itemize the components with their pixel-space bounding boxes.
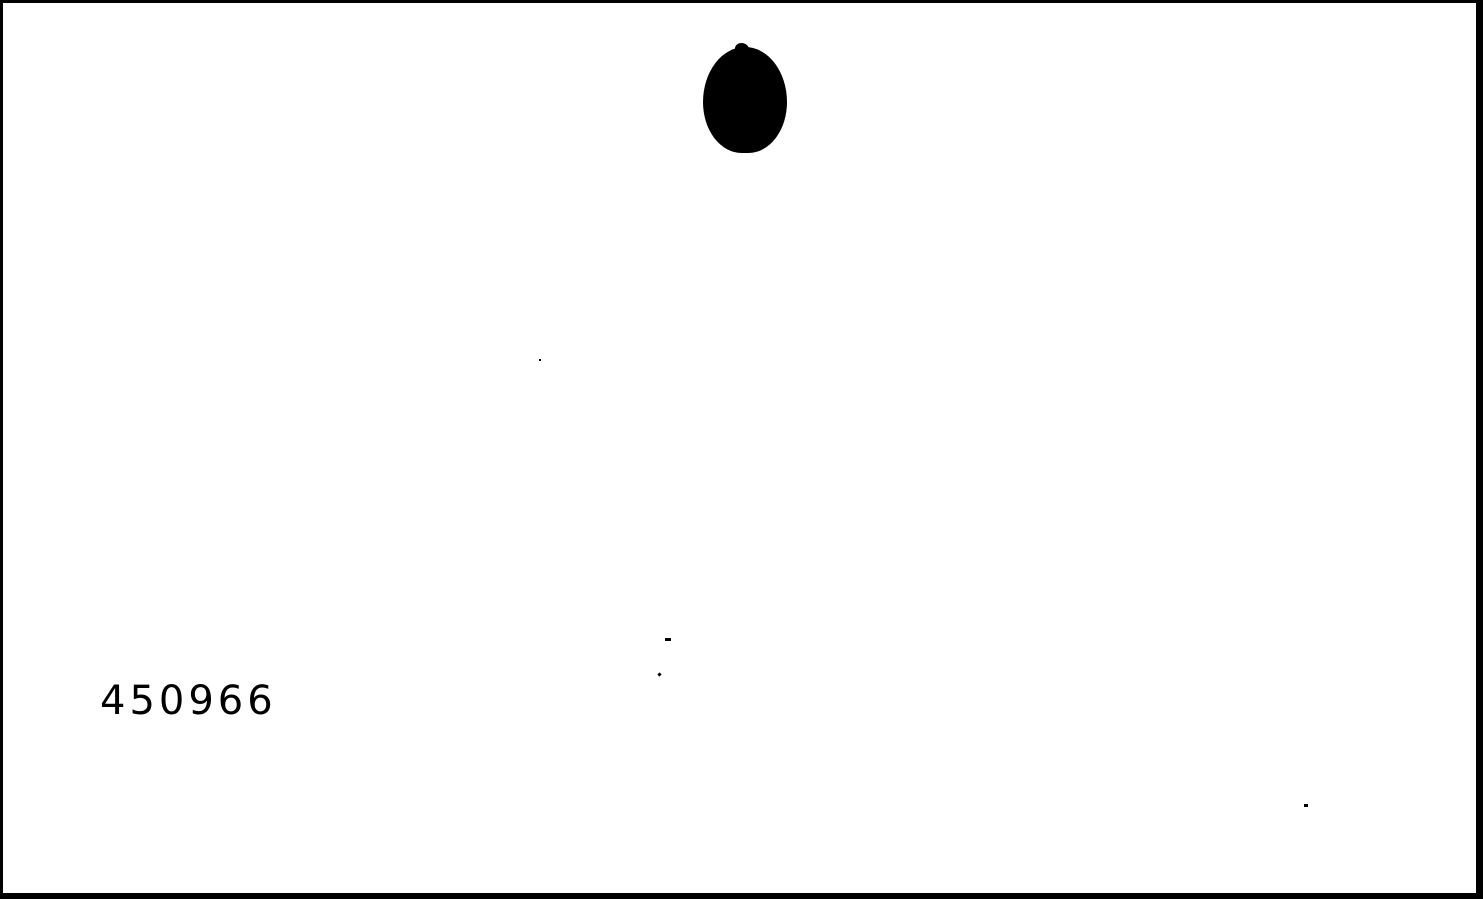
card-number: 450966 bbox=[100, 681, 277, 721]
scan-speck bbox=[539, 359, 541, 361]
punch-hole-icon bbox=[703, 47, 787, 153]
card-bottom-edge bbox=[0, 887, 1483, 899]
scan-speck bbox=[665, 638, 671, 641]
scan-speck bbox=[1304, 804, 1308, 807]
scan-speck bbox=[657, 672, 661, 676]
scanned-card: 450966 bbox=[3, 3, 1476, 894]
